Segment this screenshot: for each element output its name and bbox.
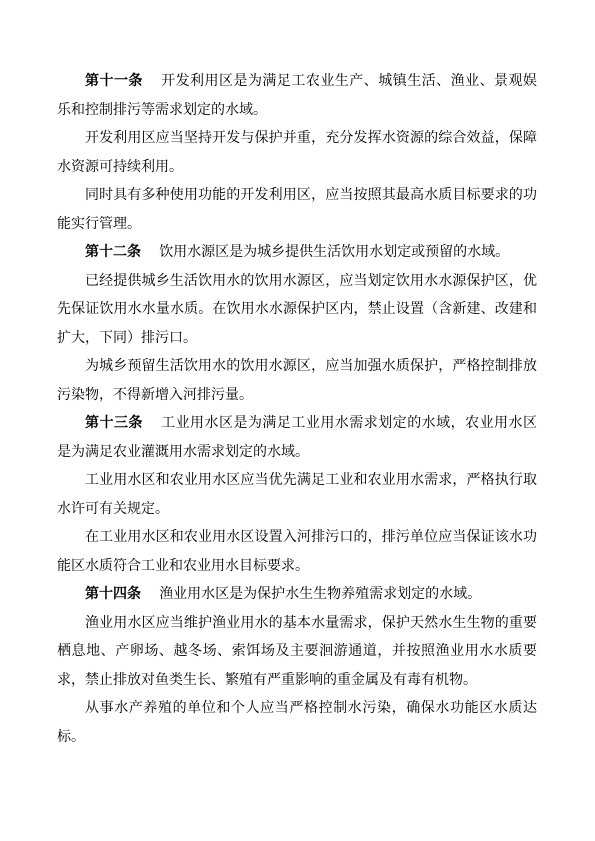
paragraph: 为城乡预留生活饮用水的饮用水源区，应当加强水质保护，严格控制排放污染物，不得新增… xyxy=(57,353,537,410)
paragraph-text: 渔业用水区是为保护水生生物养殖需求划定的水域。 xyxy=(159,587,481,602)
article-number: 第十三条 xyxy=(85,416,143,431)
article-number: 第十一条 xyxy=(85,74,143,89)
paragraph-text: 开发利用区应当坚持开发与保护并重，充分发挥水资源的综合效益，保障水资源可持续利用… xyxy=(57,131,537,175)
article-number: 第十二条 xyxy=(85,245,141,260)
paragraph: 开发利用区应当坚持开发与保护并重，充分发挥水资源的综合效益，保障水资源可持续利用… xyxy=(57,125,537,182)
paragraph: 从事水产养殖的单位和个人应当严格控制水污染，确保水功能区水质达标。 xyxy=(57,695,537,752)
paragraph-article-12: 第十二条饮用水源区是为城乡提供生活饮用水划定或预留的水域。 xyxy=(57,239,537,268)
paragraph-text: 工业用水区和农业用水区应当优先满足工业和农业用水需求，严格执行取水许可有关规定。 xyxy=(57,473,537,517)
paragraph-text: 饮用水源区是为城乡提供生活饮用水划定或预留的水域。 xyxy=(159,245,509,260)
paragraph-article-13: 第十三条工业用水区是为满足工业用水需求划定的水域，农业用水区是为满足农业灌溉用水… xyxy=(57,410,537,467)
paragraph-text: 渔业用水区应当维护渔业用水的基本水量需求，保护天然水生生物的重要栖息地、产卵场、… xyxy=(57,616,537,688)
document-page: 第十一条开发利用区是为满足工农业生产、城镇生活、渔业、景观娱乐和控制排污等需求划… xyxy=(0,0,595,841)
paragraph-text: 为城乡预留生活饮用水的饮用水源区，应当加强水质保护，严格控制排放污染物，不得新增… xyxy=(57,359,537,403)
paragraph-article-14: 第十四条渔业用水区是为保护水生生物养殖需求划定的水域。 xyxy=(57,581,537,610)
paragraph-text: 已经提供城乡生活饮用水的饮用水源区，应当划定饮用水水源保护区，优先保证饮用水水量… xyxy=(57,274,537,346)
paragraph-text: 同时具有多种使用功能的开发利用区，应当按照其最高水质目标要求的功能实行管理。 xyxy=(57,188,537,232)
paragraph: 已经提供城乡生活饮用水的饮用水源区，应当划定饮用水水源保护区，优先保证饮用水水量… xyxy=(57,268,537,354)
article-number: 第十四条 xyxy=(85,587,141,602)
document-body: 第十一条开发利用区是为满足工农业生产、城镇生活、渔业、景观娱乐和控制排污等需求划… xyxy=(57,68,537,752)
paragraph-text: 在工业用水区和农业用水区设置入河排污口的，排污单位应当保证该水功能区水质符合工业… xyxy=(57,530,537,574)
paragraph: 同时具有多种使用功能的开发利用区，应当按照其最高水质目标要求的功能实行管理。 xyxy=(57,182,537,239)
paragraph: 在工业用水区和农业用水区设置入河排污口的，排污单位应当保证该水功能区水质符合工业… xyxy=(57,524,537,581)
paragraph: 渔业用水区应当维护渔业用水的基本水量需求，保护天然水生生物的重要栖息地、产卵场、… xyxy=(57,610,537,696)
paragraph-text: 从事水产养殖的单位和个人应当严格控制水污染，确保水功能区水质达标。 xyxy=(57,701,537,745)
paragraph-article-11: 第十一条开发利用区是为满足工农业生产、城镇生活、渔业、景观娱乐和控制排污等需求划… xyxy=(57,68,537,125)
paragraph: 工业用水区和农业用水区应当优先满足工业和农业用水需求，严格执行取水许可有关规定。 xyxy=(57,467,537,524)
